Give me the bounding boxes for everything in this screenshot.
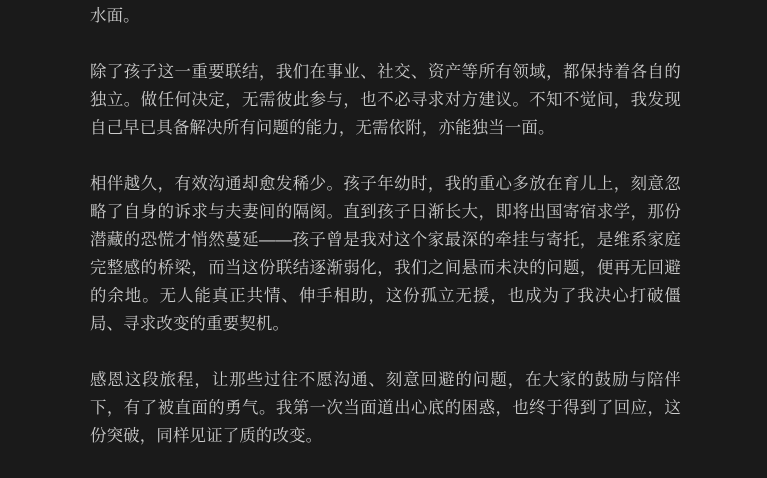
- paragraph: 相伴越久，有效沟通却愈发稀少。孩子年幼时，我的重心多放在育儿上，刻意忽略了自身的…: [90, 170, 681, 338]
- reading-page: 水面。 除了孩子这一重要联结，我们在事业、社交、资产等所有领域，都保持着各自的独…: [90, 0, 681, 440]
- paragraph-cutoff: 感恩这段旅程，让那些过往不愿沟通、刻意回避的问题，在大家的鼓励与陪伴下，有了被直…: [90, 366, 681, 440]
- paragraph-tail: 水面。: [90, 2, 681, 30]
- paragraph: 除了孩子这一重要联结，我们在事业、社交、资产等所有领域，都保持着各自的独立。做任…: [90, 58, 681, 142]
